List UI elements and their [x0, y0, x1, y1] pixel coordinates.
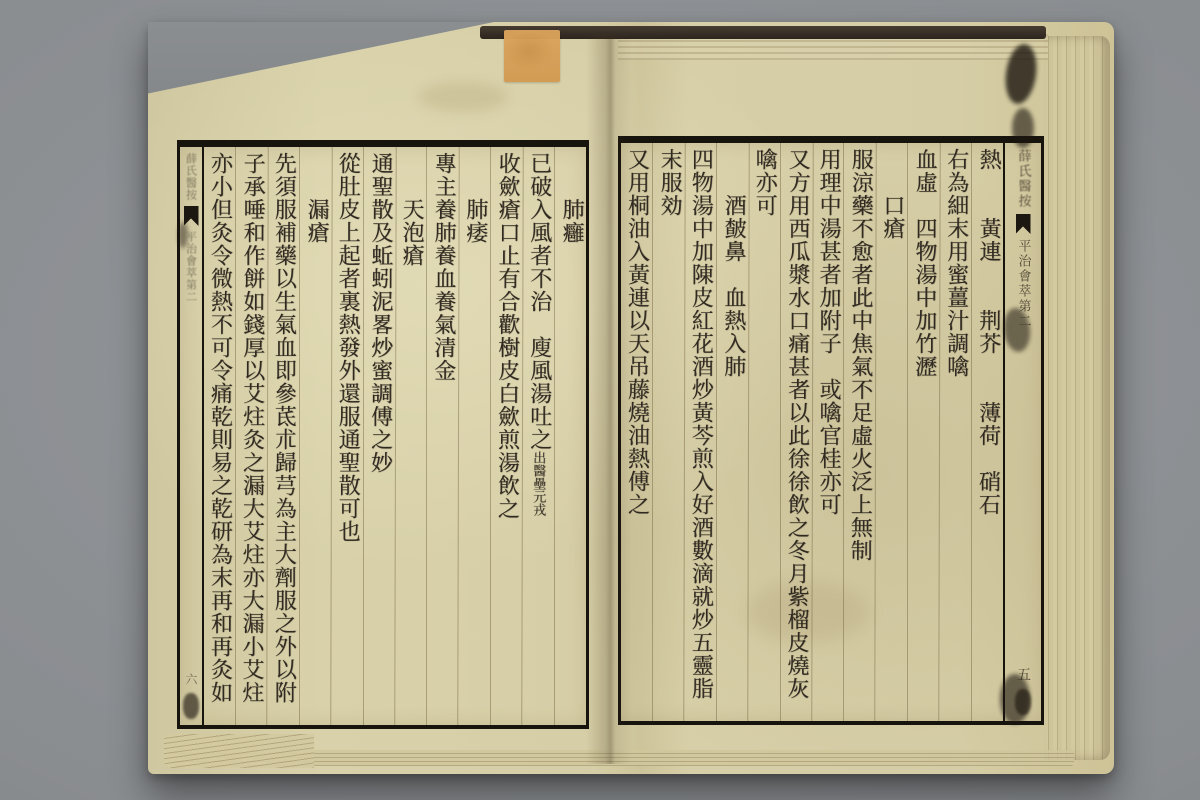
paper-stain [418, 82, 508, 112]
fishtail-mark-icon [184, 206, 199, 226]
column-text: 漏瘡 [305, 152, 327, 244]
left-page: 薛氏醫按 平治會萃第二 六 肺癰 已破入風者不治 廋風湯吐之出醫壘元戎 收歛瘡口… [177, 140, 589, 729]
text-column: 用理中湯甚者加附子 或噙官桂亦可 [812, 143, 844, 721]
column-text: 子承唾和作餅如錢厚以艾炷灸之漏大艾炷亦大漏小艾炷 [240, 152, 263, 704]
text-column: 又方用西瓜漿水口痛甚者以此徐徐飲之冬月紫榴皮燒灰 [780, 143, 813, 721]
spine-book-title: 薛氏醫按 [186, 153, 197, 201]
text-column: 口瘡 [876, 143, 908, 721]
column-text: 已破入風者不治 廋風湯吐之 [528, 152, 550, 451]
text-column: 末服効 [652, 143, 685, 721]
column-text: 口瘡 [881, 148, 903, 240]
column-text: 亦小但灸令微熱不可令痛乾則易之乾研為末再和再灸如 [208, 152, 230, 704]
ink-smudge [1012, 108, 1034, 148]
text-column: 專主養肺養血養氣清金 [427, 147, 460, 725]
text-column: 熱 黃連 荆芥 薄荷 硝石 [971, 143, 1003, 721]
text-column: 肺癰 [554, 147, 586, 725]
column-text: 天泡瘡 [400, 152, 422, 267]
column-text: 肺癰 [560, 152, 582, 244]
text-column: 從肚皮上起者裏熱發外還服通聖散可也 [332, 147, 364, 725]
text-column: 子承唾和作餅如錢厚以艾炷灸之漏大艾炷亦大漏小艾炷 [235, 147, 268, 725]
column-text: 從肚皮上起者裏熱發外還服通聖散可也 [336, 152, 358, 543]
right-page-spine-fold: 薛氏醫按 平治會萃第二 五 [1003, 143, 1041, 721]
column-text: 噙亦可 [753, 148, 775, 217]
ink-smudge [1000, 674, 1030, 724]
page-stack-edge-right [1044, 36, 1110, 760]
text-column: 服涼藥不愈者此中焦氣不足虛火泛上無制 [844, 143, 877, 721]
column-text: 熱 黃連 荆芥 薄荷 硝石 [976, 148, 999, 516]
column-text: 收歛瘡口止有合歡樹皮白歛煎湯飲之 [495, 152, 518, 520]
spine-book-title: 薛氏醫按 [1017, 149, 1030, 209]
column-text: 專主養肺養血養氣清金 [432, 152, 455, 382]
text-column: 又用桐油入黃連以天吊藤燒油熱傅之 [621, 143, 653, 721]
column-text: 服涼藥不愈者此中焦氣不足虛火泛上無制 [849, 148, 872, 562]
text-column: 天泡瘡 [395, 147, 427, 725]
book-cover-edge [480, 26, 1046, 39]
text-column: 通聖散及蚯蚓泥畧炒蜜調傅之妙 [363, 147, 396, 725]
column-text: 又用桐油入黃連以天吊藤燒油熱傅之 [625, 148, 647, 516]
column-text: 血虛 四物湯中加竹瀝 [913, 148, 936, 378]
column-text: 右為細末用蜜薑汁調噙 [945, 148, 967, 378]
open-book: 薛氏醫按 平治會萃第二 六 肺癰 已破入風者不治 廋風湯吐之出醫壘元戎 收歛瘡口… [148, 22, 1114, 774]
text-column: 四物湯中加陳皮紅花酒炒黃芩煎入好酒數滴就炒五靈脂 [685, 143, 717, 721]
page-number: 六 [185, 673, 197, 685]
left-page-text-block: 肺癰 已破入風者不治 廋風湯吐之出醫壘元戎 收歛瘡口止有合歡樹皮白歛煎湯飲之 肺… [204, 147, 586, 725]
text-column: 右為細末用蜜薑汁調噙 [940, 143, 972, 721]
fishtail-mark-icon [1016, 214, 1031, 234]
text-column: 血虛 四物湯中加竹瀝 [907, 143, 940, 721]
column-text: 通聖散及蚯蚓泥畧炒蜜調傅之妙 [368, 152, 391, 474]
right-page-text-block: 熱 黃連 荆芥 薄荷 硝石 右為細末用蜜薑汁調噙 血虛 四物湯中加竹瀝 口瘡 服… [621, 143, 1003, 721]
text-column: 收歛瘡口止有合歡樹皮白歛煎湯飲之 [490, 147, 523, 725]
text-column: 肺痿 [459, 147, 491, 725]
column-text: 四物湯中加陳皮紅花酒炒黃芩煎入好酒數滴就炒五靈脂 [689, 148, 711, 700]
column-text: 用理中湯甚者加附子 或噙官桂亦可 [817, 148, 839, 516]
text-column: 已破入風者不治 廋風湯吐之出醫壘元戎 [523, 147, 555, 725]
ink-smudge [178, 222, 188, 248]
page-stack-corner-left [164, 734, 314, 768]
right-page: 熱 黃連 荆芥 薄荷 硝石 右為細末用蜜薑汁調噙 血虛 四物湯中加竹瀝 口瘡 服… [618, 136, 1044, 725]
column-text: 先須服補藥以生氣血即參茋朮歸芎為主大劑服之外以附 [272, 152, 294, 704]
text-column: 亦小但灸令微熱不可令痛乾則易之乾研為末再和再灸如 [204, 147, 236, 725]
photo-backdrop: 薛氏醫按 平治會萃第二 六 肺癰 已破入風者不治 廋風湯吐之出醫壘元戎 收歛瘡口… [0, 0, 1200, 800]
column-text: 末服効 [658, 148, 680, 217]
source-note: 出醫壘元戎 [531, 451, 544, 516]
text-column: 先須服補藥以生氣血即參茋朮歸芎為主大劑服之外以附 [268, 147, 300, 725]
text-column: 噙亦可 [749, 143, 781, 721]
text-column: 酒皶鼻 血熱入肺 [716, 143, 749, 721]
column-text: 肺痿 [464, 152, 486, 244]
text-column: 漏瘡 [299, 147, 332, 725]
column-text: 酒皶鼻 血熱入肺 [721, 148, 744, 378]
ink-smudge [183, 693, 199, 719]
label-sticker [504, 30, 560, 82]
column-text: 又方用西瓜漿水口痛甚者以此徐徐飲之冬月紫榴皮燒灰 [784, 148, 807, 700]
